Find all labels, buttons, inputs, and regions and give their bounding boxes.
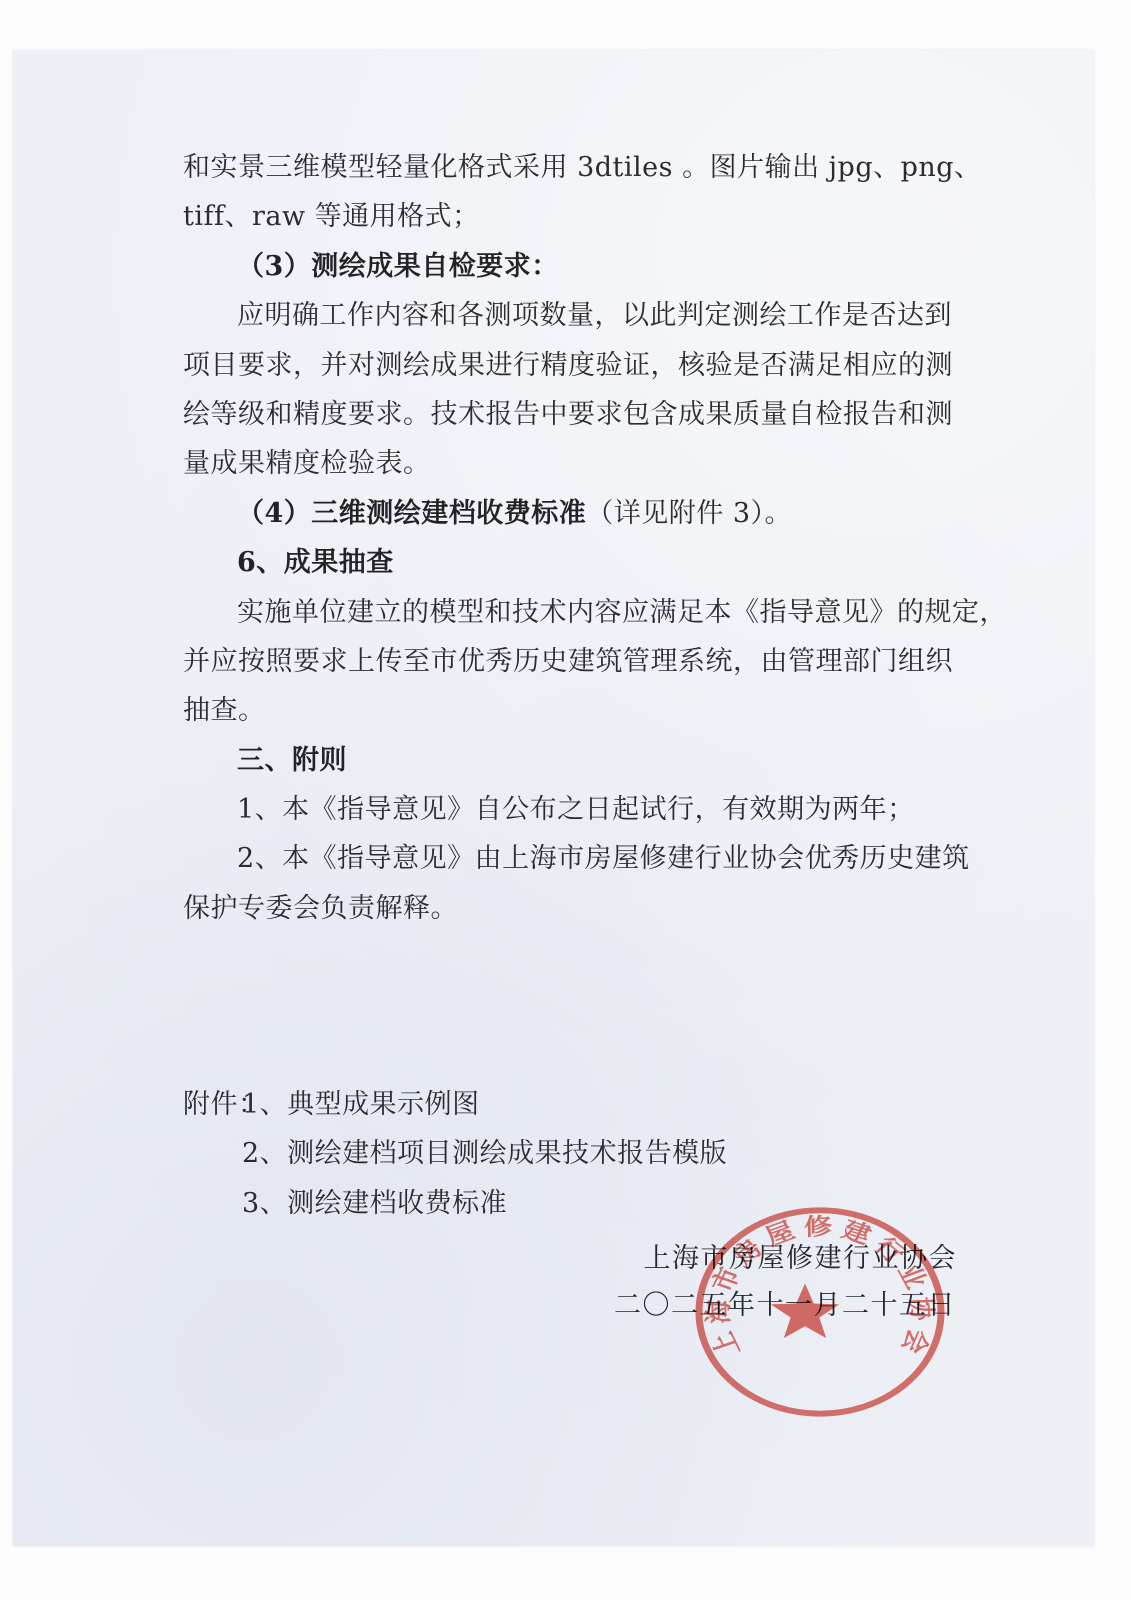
heading-bold-part: （4）三维测绘建档收费标准 [237,498,586,529]
document-body: 和实景三维模型轻量化格式采用 3dtiles 。图片输出 jpg、png、 ti… [183,143,973,933]
body-line: 应明确工作内容和各测项数量，以此判定测绘工作是否达到 [183,291,973,340]
body-line: 项目要求，并对测绘成果进行精度验证，核验是否满足相应的测 [183,341,973,390]
attachment-line: 附件：1、典型成果示例图 [183,1080,883,1129]
attachment-item: 2、测绘建档项目测绘成果技术报告模版 [183,1129,883,1178]
body-line: 绘等级和精度要求。技术报告中要求包含成果质量自检报告和测 [183,390,973,439]
body-line: 抽查。 [183,686,973,735]
body-line: 并应按照要求上传至市优秀历史建筑管理系统，由管理部门组织 [183,637,973,686]
seal-star [771,1283,839,1338]
section-heading: 三、附则 [183,736,973,785]
section-heading: （3）测绘成果自检要求： [183,242,973,291]
body-line: 实施单位建立的模型和技术内容应满足本《指导意见》的规定， [183,588,973,637]
scanned-paper: 和实景三维模型轻量化格式采用 3dtiles 。图片输出 jpg、png、 ti… [13,50,1094,1546]
heading-note-part: （详见附件 3）。 [586,498,792,529]
attachment-label: 附件： [183,1080,242,1130]
body-line: 保护专委会负责解释。 [183,884,973,933]
section-heading: （4）三维测绘建档收费标准（详见附件 3）。 [183,489,973,538]
section-heading: 6、成果抽查 [183,538,973,587]
body-line: 2、本《指导意见》由上海市房屋修建行业协会优秀历史建筑 [183,834,973,883]
attachment-item: 1、典型成果示例图 [242,1089,480,1120]
body-line: 1、本《指导意见》自公布之日起试行，有效期为两年； [183,785,973,834]
body-line: tiff、raw 等通用格式； [183,192,973,241]
body-line: 量成果精度检验表。 [183,439,973,488]
body-line: 和实景三维模型轻量化格式采用 3dtiles 。图片输出 jpg、png、 [183,143,973,192]
official-seal: 上海市房屋修建行业协会 [670,1186,970,1438]
